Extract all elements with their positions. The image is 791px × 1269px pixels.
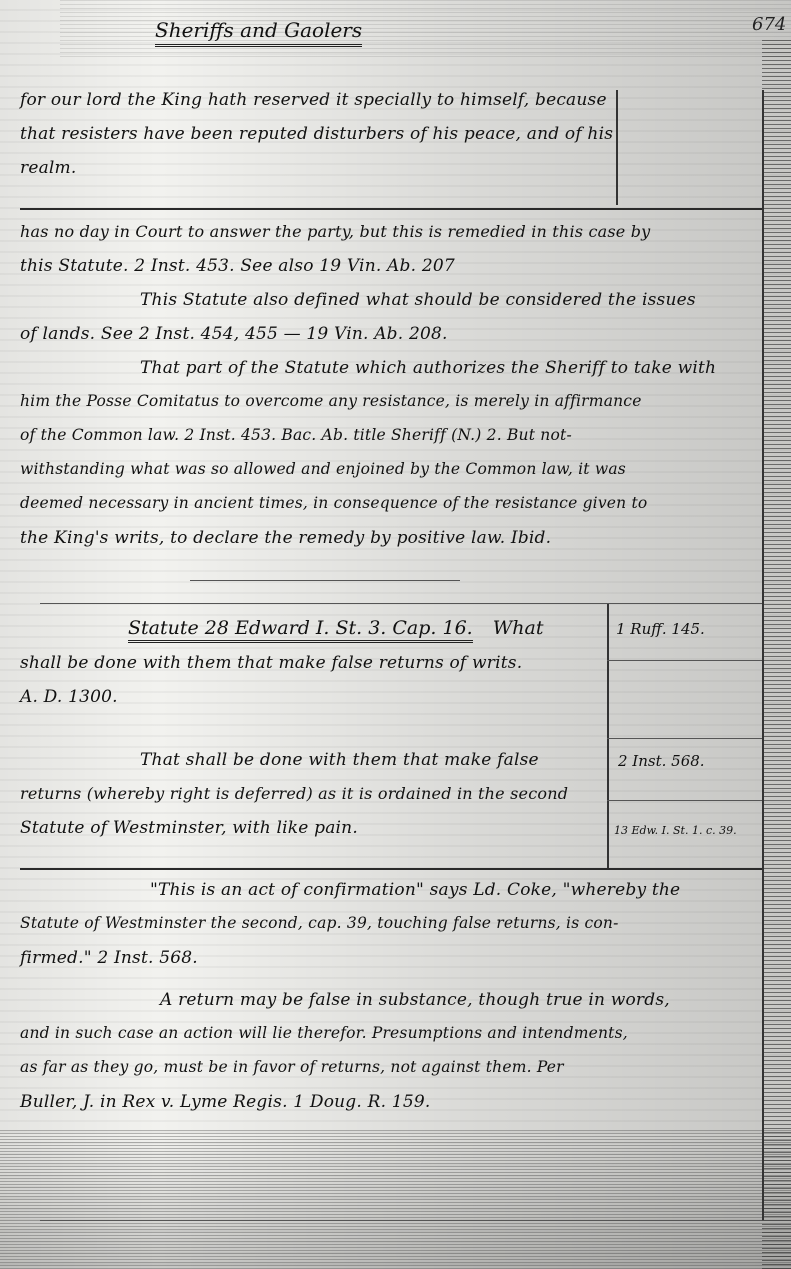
statute-heading-tail: What [493, 617, 544, 639]
margin-reference: 13 Edw. I. St. 1. c. 39. [614, 824, 737, 837]
margin-cell-divider-2 [607, 738, 762, 739]
scan-noise-bottom [0, 1130, 791, 1269]
page-bottom-rule [40, 1220, 762, 1221]
text-line: has no day in Court to answer the party,… [20, 222, 650, 241]
text-line: A return may be false in substance, thou… [160, 990, 670, 1010]
text-line: him the Posse Comitatus to overcome any … [20, 392, 642, 410]
text-line: for our lord the King hath reserved it s… [20, 90, 607, 110]
margin-column-rule-top [616, 90, 618, 205]
margin-column-rule-statute [607, 603, 609, 868]
text-line: this Statute. 2 Inst. 453. See also 19 V… [20, 256, 455, 276]
text-line: This Statute also defined what should be… [140, 290, 696, 310]
text-line: That part of the Statute which authorize… [140, 358, 716, 378]
text-line: the King's writs, to declare the remedy … [20, 528, 551, 548]
text-line: realm. [20, 158, 76, 178]
divider-after-continuation [20, 208, 762, 210]
text-line: firmed." 2 Inst. 568. [20, 948, 198, 968]
text-line: That shall be done with them that make f… [140, 750, 539, 770]
text-line: and in such case an action will lie ther… [20, 1024, 628, 1042]
manuscript-page: Sheriffs and Gaolers 674 for our lord th… [0, 0, 791, 1269]
page-number: 674 [752, 14, 786, 35]
text-line: of lands. See 2 Inst. 454, 455 — 19 Vin.… [20, 324, 448, 344]
page-edge-right [762, 40, 791, 1269]
divider-after-statute [20, 868, 762, 870]
text-line: Buller, J. in Rex v. Lyme Regis. 1 Doug.… [20, 1092, 430, 1112]
text-line: withstanding what was so allowed and enj… [20, 460, 626, 478]
text-line: deemed necessary in ancient times, in co… [20, 494, 647, 512]
text-line: as far as they go, must be in favor of r… [20, 1058, 564, 1076]
statute-heading-title: Statute 28 Edward I. St. 3. Cap. 16. [128, 617, 473, 643]
text-line: Statute of Westminster the second, cap. … [20, 914, 619, 932]
outer-margin-rule [762, 90, 764, 1220]
text-line: that resisters have been reputed disturb… [20, 124, 613, 144]
divider-before-statute [40, 603, 762, 604]
text-line: of the Common law. 2 Inst. 453. Bac. Ab.… [20, 426, 572, 444]
margin-reference: 1 Ruff. 145. [616, 620, 705, 638]
short-divider-1 [190, 580, 460, 581]
text-line: Statute of Westminster, with like pain. [20, 818, 358, 838]
margin-reference: 2 Inst. 568. [618, 752, 705, 770]
statute-heading: Statute 28 Edward I. St. 3. Cap. 16. Wha… [128, 617, 543, 639]
text-line: returns (whereby right is deferred) as i… [20, 784, 568, 803]
page-title: Sheriffs and Gaolers [155, 18, 362, 47]
margin-cell-divider-3 [607, 800, 762, 801]
margin-cell-divider-1 [607, 660, 762, 661]
text-line: "This is an act of confirmation" says Ld… [150, 880, 680, 900]
text-line: A. D. 1300. [20, 687, 118, 707]
text-line: shall be done with them that make false … [20, 653, 522, 673]
